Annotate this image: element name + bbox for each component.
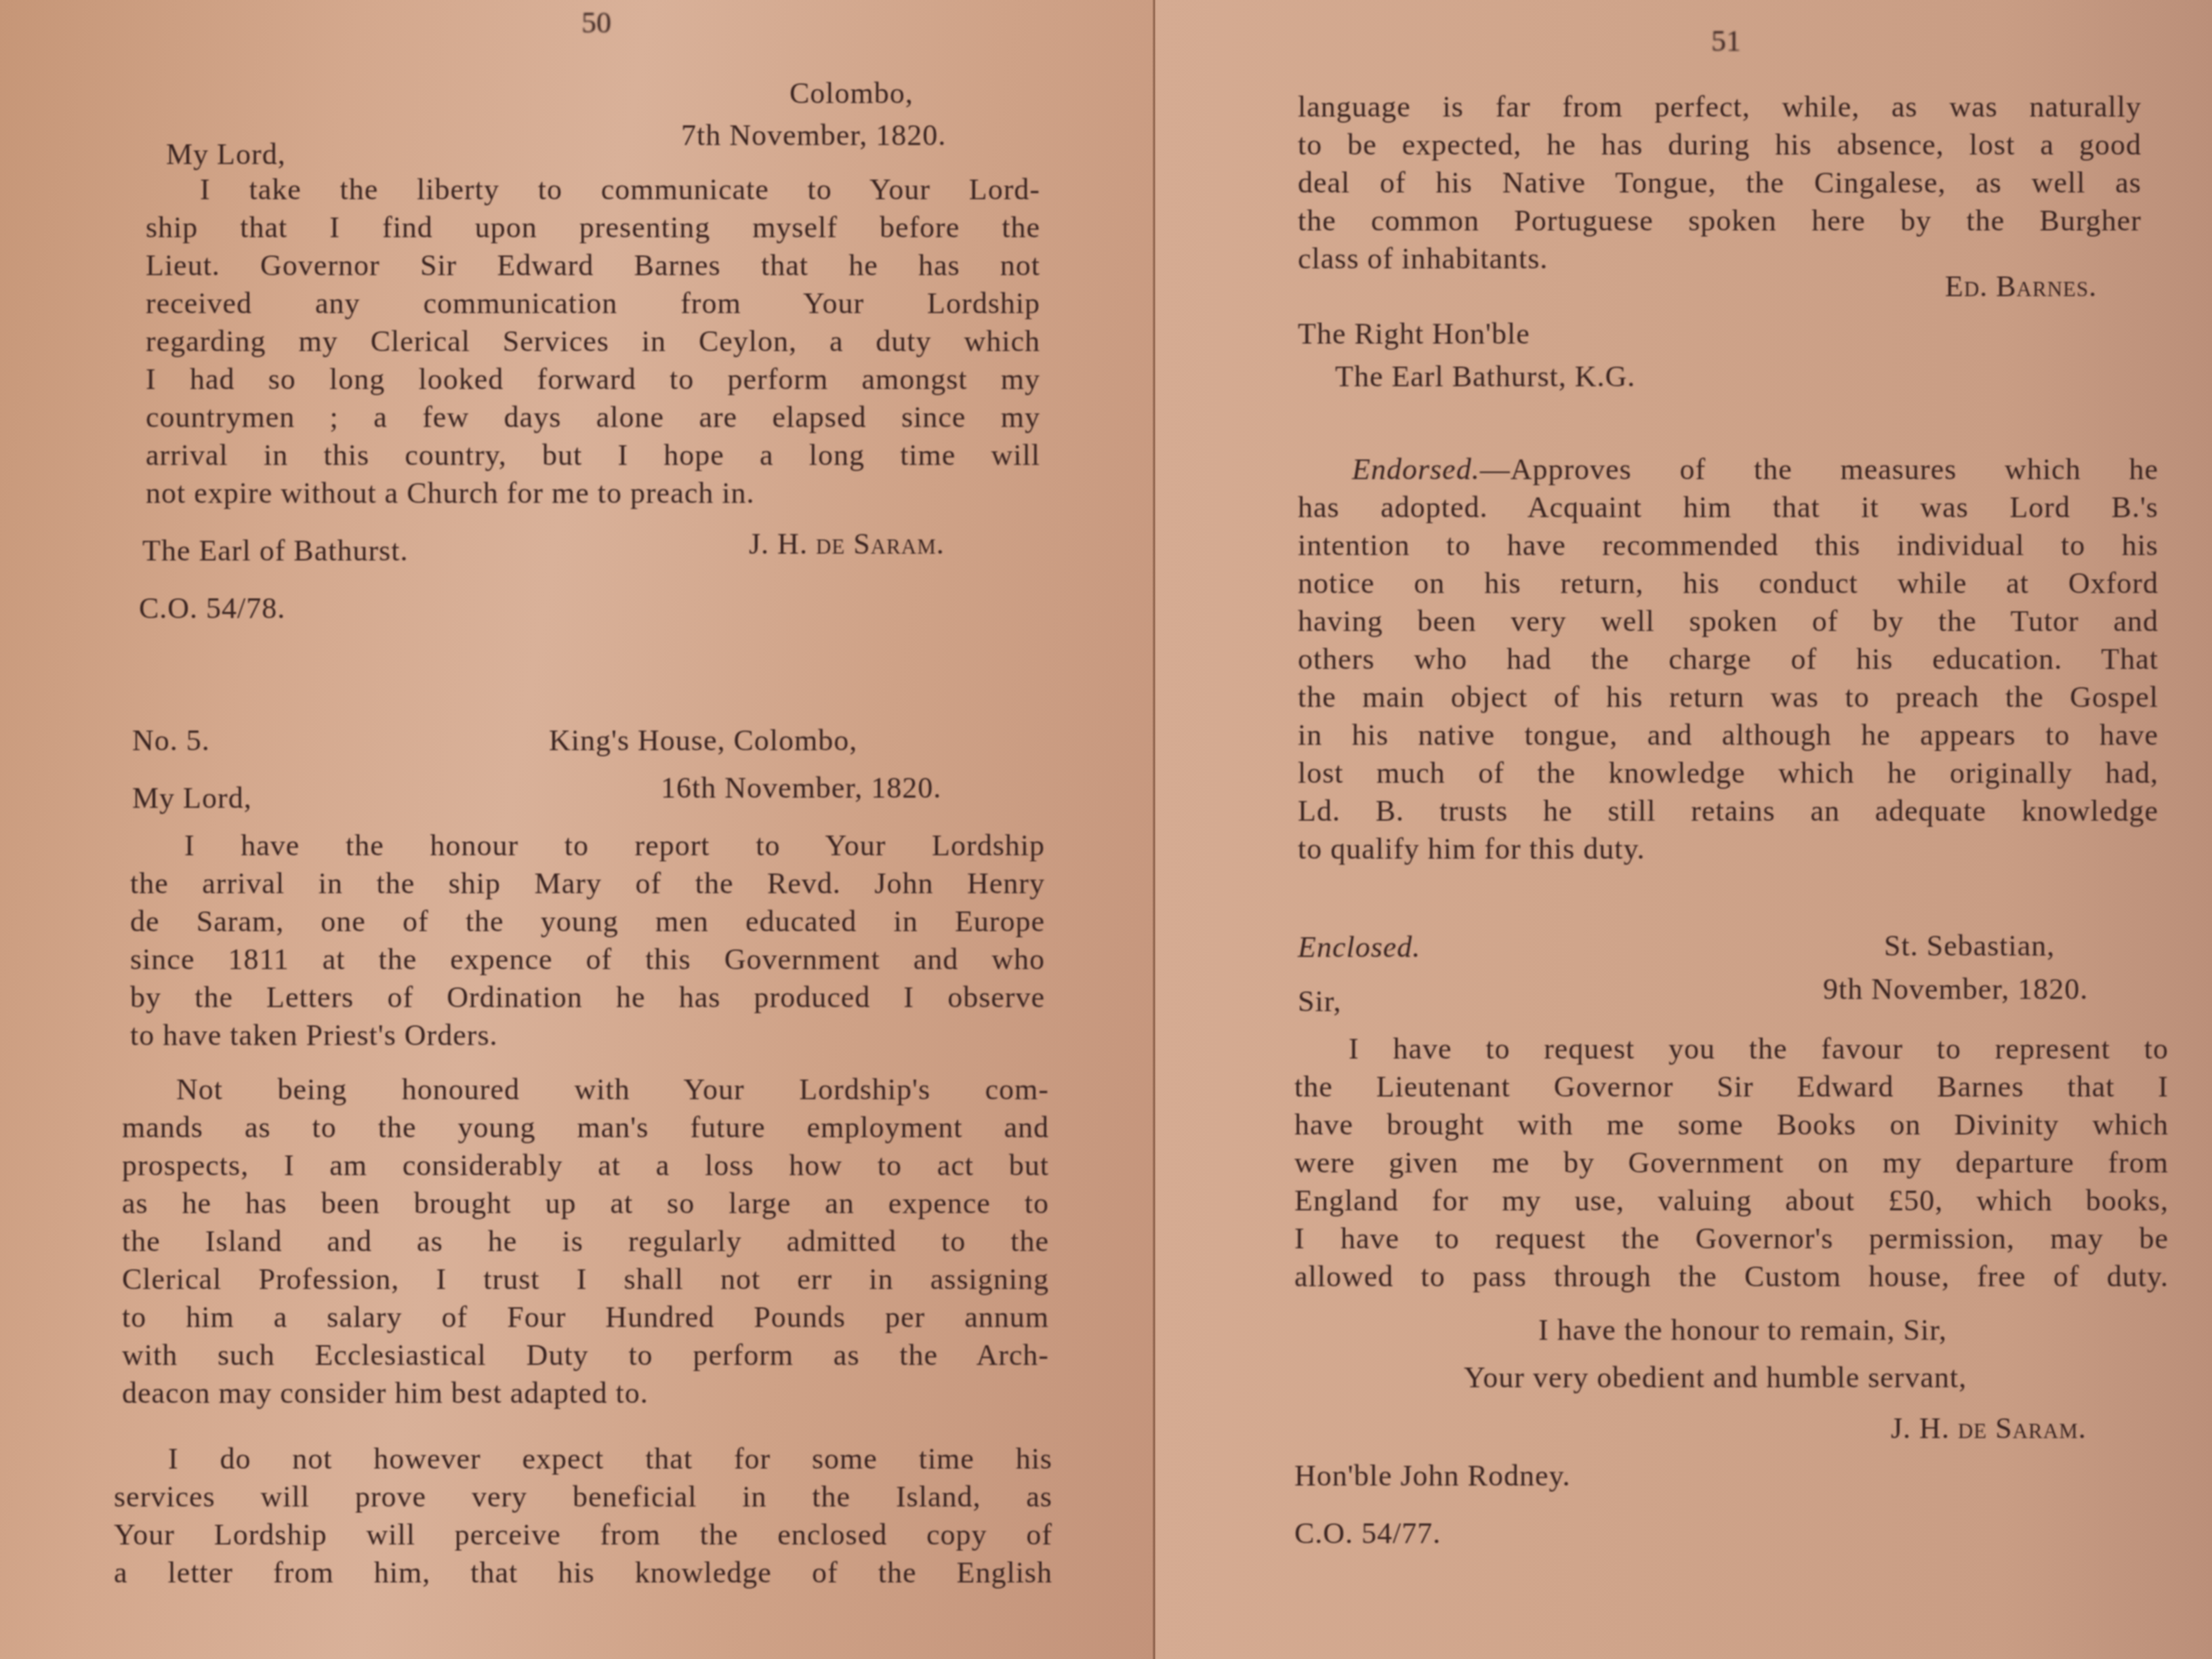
- letter2-paragraph2: Not being honoured with Your Lordship's …: [122, 1071, 1049, 1412]
- body-line: a letter from him, that his knowledge of…: [114, 1554, 1052, 1592]
- continuation-text: language is far from perfect, while, as …: [1298, 88, 2142, 278]
- body-line: regarding my Clerical Services in Ceylon…: [146, 323, 1040, 361]
- body-line: the main object of his return was to pre…: [1298, 678, 2158, 716]
- body-line: received any communication from Your Lor…: [146, 285, 1040, 323]
- letter1-signature: J. H. de Saram.: [749, 525, 945, 563]
- body-line: arrival in this country, but I hope a lo…: [146, 436, 1040, 474]
- body-line: allowed to pass through the Custom house…: [1294, 1258, 2169, 1296]
- letter1-body: I take the liberty to communicate to You…: [146, 171, 1040, 512]
- body-line: has adopted. Acquaint him that it was Lo…: [1298, 489, 2158, 527]
- body-line: notice on his return, his conduct while …: [1298, 565, 2158, 602]
- addressee-line2: The Earl Bathurst, K.G.: [1335, 358, 1635, 396]
- body-line: not expire without a Church for me to pr…: [146, 474, 1040, 512]
- body-line: deal of his Native Tongue, the Cingalese…: [1298, 164, 2142, 202]
- body-line: were given me by Government on my depart…: [1294, 1144, 2169, 1182]
- body-line: Ld. B. trusts he still retains an adequa…: [1298, 792, 2158, 830]
- endorsement: Endorsed.—Approves of the measures which…: [1298, 451, 2158, 868]
- letter2-paragraph3: I do not however expect that for some ti…: [114, 1440, 1052, 1592]
- barnes-signature: Ed. Barnes.: [1945, 268, 2097, 306]
- body-line: de Saram, one of the young men educated …: [130, 903, 1045, 941]
- left-page: 50 Colombo, 7th November, 1820. My Lord,…: [0, 0, 1155, 1659]
- body-line: Not being honoured with Your Lordship's …: [122, 1071, 1049, 1109]
- body-line: I have to request the Governor's permiss…: [1294, 1220, 2169, 1258]
- closing-line2: Your very obedient and humble servant,: [1464, 1359, 1967, 1397]
- body-line: I have the honour to report to Your Lord…: [130, 827, 1045, 865]
- body-line: as he has been brought up at so large an…: [122, 1185, 1049, 1223]
- letter1-place: Colombo,: [790, 75, 914, 112]
- body-line: England for my use, valuing about £50, w…: [1294, 1182, 2169, 1220]
- body-line: prospects, I am considerably at a loss h…: [122, 1147, 1049, 1185]
- body-line: the Lieutenant Governor Sir Edward Barne…: [1294, 1068, 2169, 1106]
- letter2-date: 16th November, 1820.: [661, 769, 941, 807]
- body-line: the Island and as he is regularly admitt…: [122, 1223, 1049, 1261]
- body-line: to him a salary of Four Hundred Pounds p…: [122, 1298, 1049, 1336]
- enclosure-addressee: Hon'ble John Rodney.: [1294, 1457, 1571, 1495]
- letter1-salutation: My Lord,: [166, 136, 286, 173]
- body-line: Clerical Profession, I trust I shall not…: [122, 1261, 1049, 1298]
- closing-line1: I have the honour to remain, Sir,: [1538, 1311, 1947, 1349]
- endorsed-label: Endorsed.: [1352, 453, 1480, 486]
- body-line: I had so long looked forward to perform …: [146, 361, 1040, 398]
- enclosure-place: St. Sebastian,: [1884, 927, 2055, 965]
- body-line: to be expected, he has during his absenc…: [1298, 126, 2142, 164]
- letter2-number: No. 5.: [132, 722, 210, 760]
- enclosed-label: Enclosed.: [1298, 928, 1420, 966]
- enclosure-signature: J. H. de Saram.: [1891, 1410, 2087, 1448]
- body-line: the arrival in the ship Mary of the Revd…: [130, 865, 1045, 903]
- letter1-addressee: The Earl of Bathurst.: [142, 532, 408, 570]
- body-line: lost much of the knowledge which he orig…: [1298, 754, 2158, 792]
- letter1-date: 7th November, 1820.: [681, 117, 946, 155]
- body-line: I have to request you the favour to repr…: [1294, 1030, 2169, 1068]
- body-line: deacon may consider him best adapted to.: [122, 1374, 1049, 1412]
- right-page: 51 language is far from perfect, while, …: [1155, 0, 2212, 1659]
- body-line: ship that I find upon presenting myself …: [146, 209, 1040, 247]
- letter2-paragraph1: I have the honour to report to Your Lord…: [130, 827, 1045, 1054]
- enclosure-salutation: Sir,: [1298, 983, 1342, 1021]
- body-line: Your Lordship will perceive from the enc…: [114, 1516, 1052, 1554]
- enclosure-date: 9th November, 1820.: [1823, 970, 2088, 1008]
- body-line: mands as to the young man's future emplo…: [122, 1109, 1049, 1147]
- letter1-reference: C.O. 54/78.: [139, 590, 285, 628]
- enclosure-reference: C.O. 54/77.: [1294, 1515, 1441, 1553]
- body-line: since 1811 at the expence of this Govern…: [130, 941, 1045, 979]
- body-line: in his native tongue, and although he ap…: [1298, 716, 2158, 754]
- body-line: Lieut. Governor Sir Edward Barnes that h…: [146, 247, 1040, 285]
- body-line: others who had the charge of his educati…: [1298, 640, 2158, 678]
- book-spread: 50 Colombo, 7th November, 1820. My Lord,…: [0, 0, 2212, 1659]
- body-line: services will prove very beneficial in t…: [114, 1478, 1052, 1516]
- body-line: Endorsed.—Approves of the measures which…: [1298, 451, 2158, 489]
- body-line: have brought with me some Books on Divin…: [1294, 1106, 2169, 1144]
- addressee-line1: The Right Hon'ble: [1298, 315, 1530, 353]
- body-line: countrymen ; a few days alone are elapse…: [146, 398, 1040, 436]
- body-line: the common Portuguese spoken here by the…: [1298, 202, 2142, 240]
- body-line: with such Ecclesiastical Duty to perform…: [122, 1336, 1049, 1374]
- letter2-salutation: My Lord,: [132, 779, 252, 817]
- body-line: by the Letters of Ordination he has prod…: [130, 979, 1045, 1017]
- body-line: I take the liberty to communicate to You…: [146, 171, 1040, 209]
- page-number-left: 50: [581, 5, 611, 40]
- body-line: to qualify him for this duty.: [1298, 830, 2158, 868]
- body-line: language is far from perfect, while, as …: [1298, 88, 2142, 126]
- body-line: having been very well spoken of by the T…: [1298, 602, 2158, 640]
- letter2-place: King's House, Colombo,: [549, 722, 857, 760]
- body-line: intention to have recommended this indiv…: [1298, 527, 2158, 565]
- enclosure-body: I have to request you the favour to repr…: [1294, 1030, 2169, 1296]
- body-line: I do not however expect that for some ti…: [114, 1440, 1052, 1478]
- body-line: to have taken Priest's Orders.: [130, 1017, 1045, 1054]
- page-number-right: 51: [1711, 24, 1741, 58]
